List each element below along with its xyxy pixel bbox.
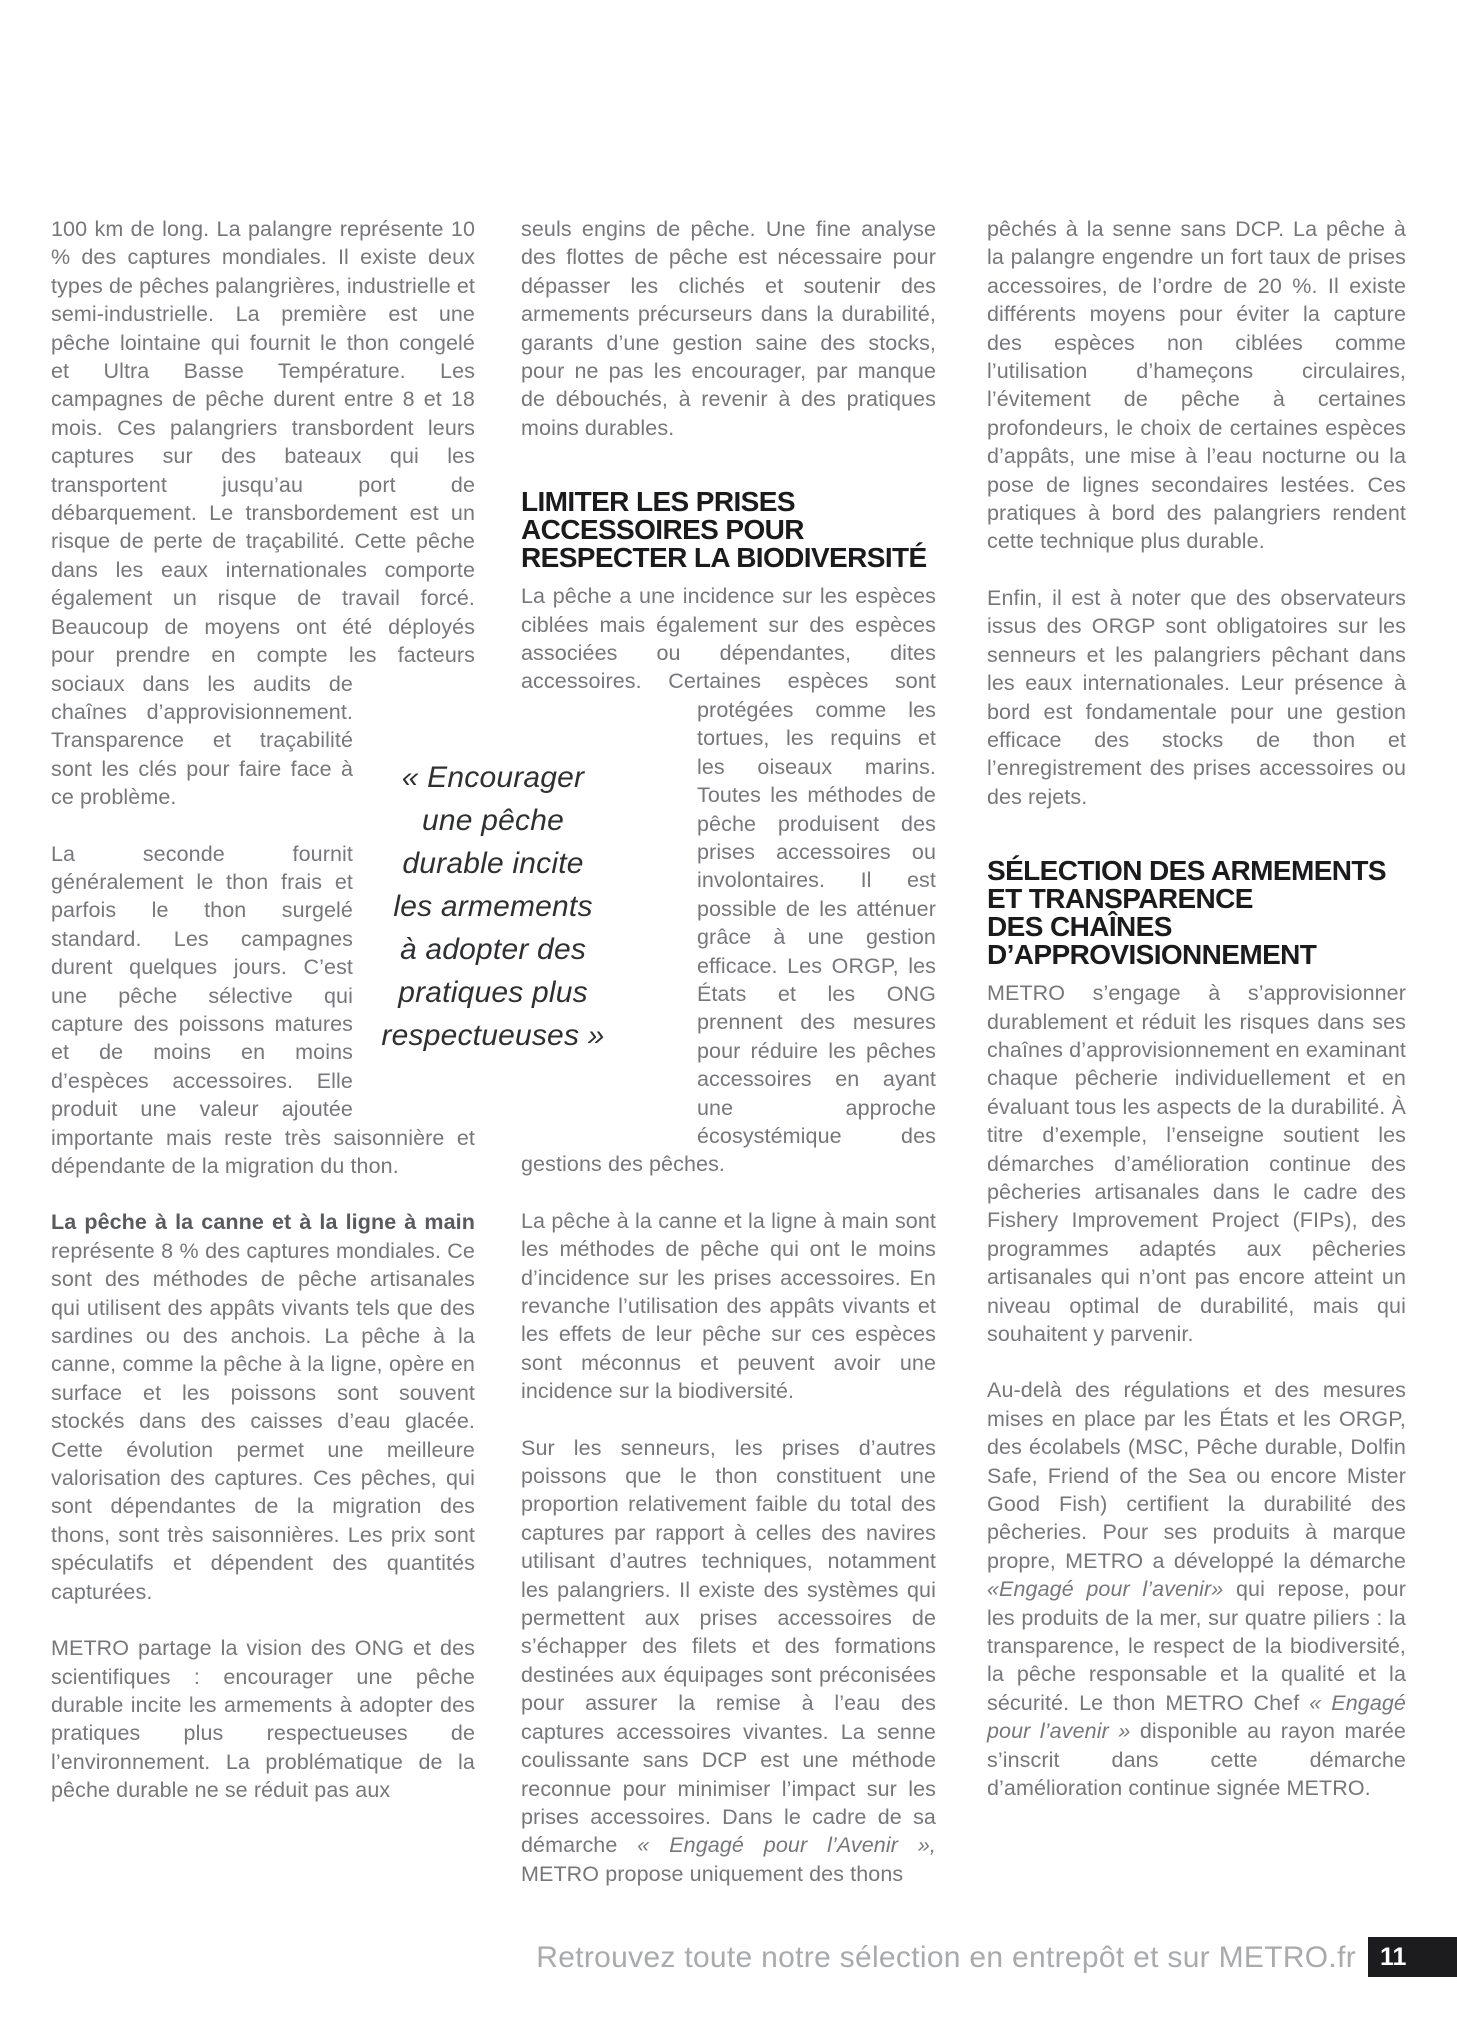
paragraph-text: pêchés à la senne sans DCP. La pêche à l… — [987, 217, 1406, 553]
column-middle: seuls engins de pêche. Une fine analyse … — [521, 215, 936, 1916]
paragraph-text: seuls engins de pêche. Une fine analyse … — [521, 217, 936, 440]
bold-lead: La pêche à la canne et à la ligne à main — [51, 1210, 475, 1234]
page-number-badge: 11 — [1368, 1937, 1457, 1977]
body-paragraph: La pêche à la canne et la ligne à main s… — [521, 1207, 936, 1406]
body-paragraph: pêchés à la senne sans DCP. La pêche à l… — [987, 215, 1406, 556]
paragraph-text: METRO partage la vision des ONG et des s… — [51, 1636, 475, 1802]
pull-quote: « Encourager une pêche durable incite le… — [338, 756, 648, 1057]
section-heading-selection-armements: SÉLECTION DES ARMEMENTS ET TRANSPARENCE … — [987, 857, 1406, 969]
paragraph-text: La pêche à la canne et la ligne à main s… — [521, 1209, 936, 1403]
inline-italic-brand-quote: « Engagé pour l’Avenir », — [637, 1833, 936, 1857]
column-right: pêchés à la senne sans DCP. La pêche à l… — [987, 215, 1406, 1831]
body-paragraph: La pêche à la canne et à la ligne à main… — [51, 1208, 475, 1606]
footer-tagline: Retrouvez toute notre sélection en entre… — [536, 1941, 1356, 1975]
body-paragraph: seuls engins de pêche. Une fine analyse … — [521, 215, 936, 442]
paragraph-text: METRO propose uniquement des thons — [521, 1862, 903, 1886]
paragraph-text: 100 km de long. La palangre représente 1… — [51, 217, 475, 696]
page-number: 11 — [1380, 1943, 1406, 1972]
body-paragraph: METRO s’engage à s’approvisionner durabl… — [987, 979, 1406, 1348]
paragraph-text: METRO s’engage à s’approvisionner durabl… — [987, 981, 1406, 1346]
paragraph-text: Sur les senneurs, les prises d’autres po… — [521, 1436, 936, 1858]
paragraph-text: Enfin, il est à noter que des observateu… — [987, 586, 1406, 809]
paragraph-text: représente 8 % des captures mondiales. C… — [51, 1239, 475, 1604]
paragraph-text: chaînes d’approvisionnement. Transparenc… — [51, 700, 353, 809]
paragraph-text: Au-delà des régulations et des mesures m… — [987, 1378, 1406, 1572]
paragraph-text: La pêche a une incidence sur les espèces… — [521, 584, 936, 693]
body-paragraph: 100 km de long. La palangre représente 1… — [51, 215, 475, 812]
body-paragraph: Enfin, il est à noter que des observateu… — [987, 584, 1406, 811]
body-paragraph: Au-delà des régulations et des mesures m… — [987, 1376, 1406, 1802]
inline-italic-brand-quote: «Engagé pour l’avenir» — [987, 1577, 1223, 1601]
magazine-page: 100 km de long. La palangre représente 1… — [0, 0, 1457, 2040]
body-paragraph: METRO partage la vision des ONG et des s… — [51, 1634, 475, 1804]
section-heading-limiter-prises: LIMITER LES PRISES ACCESSOIRES POUR RESP… — [521, 488, 936, 572]
body-paragraph: Sur les senneurs, les prises d’autres po… — [521, 1434, 936, 1889]
